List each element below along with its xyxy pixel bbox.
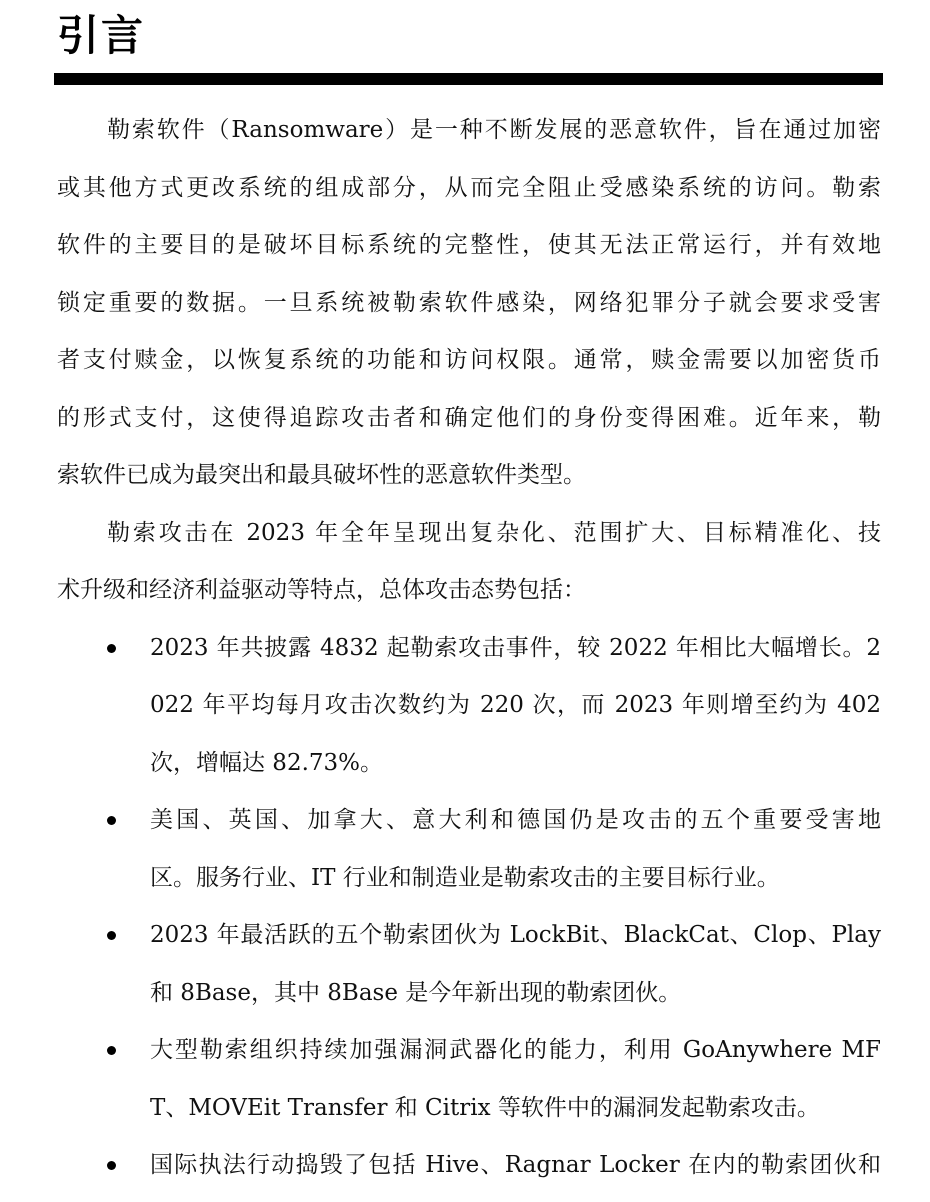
attack-summary-paragraph: 勒索攻击在 2023 年全年呈现出复杂化、范围扩大、目标精准化、技 术升级和经济…	[57, 505, 881, 620]
bullet-list: 2023 年共披露 4832 起勒索攻击事件，较 2022 年相比大幅增长。2 …	[57, 620, 881, 1195]
bullet-icon	[107, 1161, 116, 1170]
paragraph-line: 勒索软件（Ransomware）是一种不断发展的恶意软件，旨在通过加密	[57, 102, 881, 160]
bullet-item-attack-count: 2023 年共披露 4832 起勒索攻击事件，较 2022 年相比大幅增长。2 …	[57, 620, 881, 793]
bullet-item-victim-regions: 美国、英国、加拿大、意大利和德国仍是攻击的五个重要受害地 区。服务行业、IT 行…	[57, 792, 881, 907]
bullet-line: 022 年平均每月攻击次数约为 220 次，而 2023 年则增至约为 402	[150, 677, 881, 735]
paragraph-line: 索软件已成为最突出和最具破坏性的恶意软件类型。	[57, 447, 881, 505]
heading-divider	[54, 73, 883, 85]
bullet-line: 区。服务行业、IT 行业和制造业是勒索攻击的主要目标行业。	[150, 850, 881, 908]
section-heading: 引言	[57, 8, 145, 64]
bullet-line: T、MOVEit Transfer 和 Citrix 等软件中的漏洞发起勒索攻击…	[150, 1080, 881, 1138]
paragraph-line: 或其他方式更改系统的组成部分，从而完全阻止受感染系统的访问。勒索	[57, 160, 881, 218]
document-body: 勒索软件（Ransomware）是一种不断发展的恶意软件，旨在通过加密 或其他方…	[57, 102, 881, 1195]
paragraph-line: 术升级和经济利益驱动等特点，总体攻击态势包括：	[57, 562, 881, 620]
bullet-line: 国际执法行动捣毁了包括 Hive、Ragnar Locker 在内的勒索团伙和	[150, 1137, 881, 1195]
bullet-icon	[107, 644, 116, 653]
bullet-line: 美国、英国、加拿大、意大利和德国仍是攻击的五个重要受害地	[150, 792, 881, 850]
paragraph-line: 勒索攻击在 2023 年全年呈现出复杂化、范围扩大、目标精准化、技	[57, 505, 881, 563]
bullet-item-active-groups: 2023 年最活跃的五个勒索团伙为 LockBit、BlackCat、Clop、…	[57, 907, 881, 1022]
intro-paragraph: 勒索软件（Ransomware）是一种不断发展的恶意软件，旨在通过加密 或其他方…	[57, 102, 881, 505]
bullet-line: 2023 年最活跃的五个勒索团伙为 LockBit、BlackCat、Clop、…	[150, 907, 881, 965]
bullet-icon	[107, 1046, 116, 1055]
bullet-line: 次，增幅达 82.73%。	[150, 735, 881, 793]
bullet-line: 2023 年共披露 4832 起勒索攻击事件，较 2022 年相比大幅增长。2	[150, 620, 881, 678]
bullet-icon	[107, 816, 116, 825]
paragraph-line: 者支付赎金，以恢复系统的功能和访问权限。通常，赎金需要以加密货币	[57, 332, 881, 390]
paragraph-line: 软件的主要目的是破坏目标系统的完整性，使其无法正常运行，并有效地	[57, 217, 881, 275]
paragraph-line: 的形式支付，这使得追踪攻击者和确定他们的身份变得困难。近年来，勒	[57, 390, 881, 448]
bullet-item-law-enforcement: 国际执法行动捣毁了包括 Hive、Ragnar Locker 在内的勒索团伙和	[57, 1137, 881, 1195]
paragraph-line: 锁定重要的数据。一旦系统被勒索软件感染，网络犯罪分子就会要求受害	[57, 275, 881, 333]
bullet-line: 大型勒索组织持续加强漏洞武器化的能力，利用 GoAnywhere MF	[150, 1022, 881, 1080]
bullet-icon	[107, 931, 116, 940]
bullet-line: 和 8Base，其中 8Base 是今年新出现的勒索团伙。	[150, 965, 881, 1023]
bullet-item-vulnerability-weaponization: 大型勒索组织持续加强漏洞武器化的能力，利用 GoAnywhere MF T、MO…	[57, 1022, 881, 1137]
